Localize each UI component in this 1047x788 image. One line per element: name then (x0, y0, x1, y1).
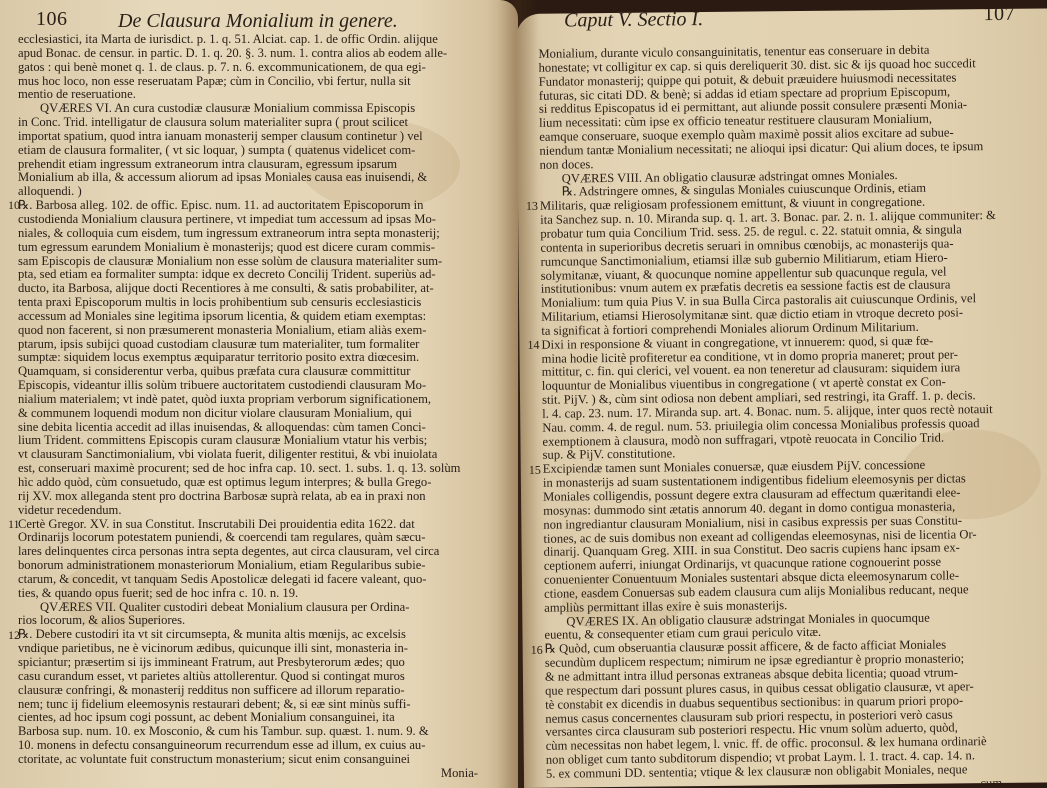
text-line: Monialium ab illa, & accessum aliorum ad… (18, 171, 498, 185)
paragraph-number: 16 (531, 643, 543, 657)
text-line: 10. monens in defectu consanguineorum re… (18, 739, 498, 753)
text-line: nem; tunc ij fidelium eleemosynis restau… (18, 698, 498, 712)
text-line: ecclesiastici, ita Marta de iurisdict. p… (18, 33, 498, 47)
text-line: prehendit etiam ingressum extraneorum in… (18, 158, 498, 172)
text-line: quod non facerent, si non præsumerent mo… (18, 324, 498, 338)
text-line: hìc addo quòd, cùm consuetudo, quæ est o… (18, 476, 498, 490)
paragraph-number: 13 (526, 200, 538, 214)
text-line: nialium materialem; vt indè patet, quòd … (18, 393, 498, 407)
text-line: pta, sed etiam ea formaliter sumpta: idq… (18, 268, 498, 282)
text-line: est, conseruari maximè procurent; sed de… (18, 462, 498, 476)
text-line: ℞. Debere custodiri ita vt sit circumsep… (18, 628, 498, 642)
text-line: sine debita licentia accedit ad illas in… (18, 421, 498, 435)
text-line: cientes, ad hoc ipsum cogi possunt, ac d… (18, 711, 498, 725)
text-line: lares delinquentes circa personas intra … (18, 545, 498, 559)
text-line: apud Bonac. de censur. in partic. D. 1. … (18, 47, 498, 61)
text-line: ptarum, ipsis subijci quoad custodiam cl… (18, 338, 498, 352)
text-line: sumptæ: siquidem locus exemptus æquipara… (18, 351, 498, 365)
text-line: mus hoc loco, non esse reseruatam Papæ; … (18, 75, 498, 89)
book-spread: 106 De Clausura Monialium in genere. ecc… (0, 0, 1047, 788)
running-title: De Clausura Monialium in genere. (118, 10, 398, 33)
text-line: Barbosa sup. num. 10. ex Mosconio, & cum… (18, 725, 498, 739)
text-line: Quamquam, si considerentur verba, quibus… (18, 365, 498, 379)
left-page: 106 De Clausura Monialium in genere. ecc… (0, 0, 518, 788)
text-line: accessum ad Moniales sine legitima ipsor… (18, 310, 498, 324)
text-line: Certè Gregor. XV. in sua Constitut. Insc… (18, 518, 498, 532)
page-number: 106 (36, 8, 68, 31)
right-running-head: Caput V. Sectio I. 107 (516, 12, 1047, 46)
text-line: ctarum, & concedit, vt tanquam Sedis Apo… (18, 573, 498, 587)
text-line: ducto, ita Barbosa, alijque docti Recent… (18, 282, 498, 296)
text-line: casu curandum esset, vt parietes altiùs … (18, 670, 498, 684)
text-line: ℞. Barbosa alleg. 102. de offic. Episc. … (18, 199, 498, 213)
text-line: QVÆRES VI. An cura custodiæ clausuræ Mon… (18, 102, 498, 116)
text-line: niales, & colloquia cum eisdem, tum ingr… (18, 227, 498, 241)
catchword: Monia- (18, 767, 498, 781)
text-line: Ordinarijs locorum potestatem puniendi, … (18, 531, 498, 545)
text-line: tenta praxi Episcoporum multis in locis … (18, 296, 498, 310)
text-line: QVÆRES VII. Qualiter custodiri debeat Mo… (18, 601, 498, 615)
text-line: spiciantur; præsertim si ijs immineant F… (18, 656, 498, 670)
left-running-head: 106 De Clausura Monialium in genere. (0, 4, 518, 32)
text-line: sam Episcopis de clausuræ Monialium non … (18, 255, 498, 269)
text-line: vndique parietibus, ne è vicinorum ædibu… (18, 642, 498, 656)
paragraph-number: 14 (527, 339, 539, 353)
text-line: ties, & quando opus fuerit; sed de hoc i… (18, 587, 498, 601)
text-line: tum egressum earundem Monialium è monast… (18, 241, 498, 255)
text-line: lium Trident. committens Episcopis curam… (18, 434, 498, 448)
text-line: importat spatium, quod intra ianuam mona… (18, 130, 498, 144)
text-line: & communem loquendi modum non dicitur vi… (18, 407, 498, 421)
text-line: mentio de reseruatione. (18, 88, 498, 102)
text-line: videtur recedendum. (18, 504, 498, 518)
text-line: rios locorum, & alios Superiores. (18, 614, 498, 628)
text-line: alloquendi. ) (18, 185, 498, 199)
text-line: vt clausuram Sanctimonialium, vbi violat… (18, 448, 498, 462)
paragraph-number: 15 (529, 463, 541, 477)
text-line: in Conc. Trid. intelligatur de clausura … (18, 116, 498, 130)
page-number: 107 (983, 8, 1015, 26)
text-line: custodienda Monialium clausura pertinere… (18, 213, 498, 227)
text-line: rij XV. mox alleganda stent pro doctrina… (18, 490, 498, 504)
text-line: clausuræ confringi, & monasterij redditu… (18, 684, 498, 698)
text-line: Episcopis, videantur illis solùm tribuer… (18, 379, 498, 393)
text-line: gatos : qui benè monet q. 1. de claus. p… (18, 61, 498, 75)
text-line: ctoritate, ac voluntate fuit constructum… (18, 753, 498, 767)
left-body-text: ecclesiastici, ita Marta de iurisdict. p… (18, 33, 498, 781)
text-line: bonorum administrationem monasteriorum M… (18, 559, 498, 573)
right-page: Caput V. Sectio I. 107 Monialium, durant… (516, 8, 1047, 788)
right-body-text: Monialium, durante viculo consanguinitat… (538, 43, 1022, 788)
text-line: etiam de clausura formaliter, ( vt sic l… (18, 144, 498, 158)
running-title: Caput V. Sectio I. (564, 8, 703, 32)
